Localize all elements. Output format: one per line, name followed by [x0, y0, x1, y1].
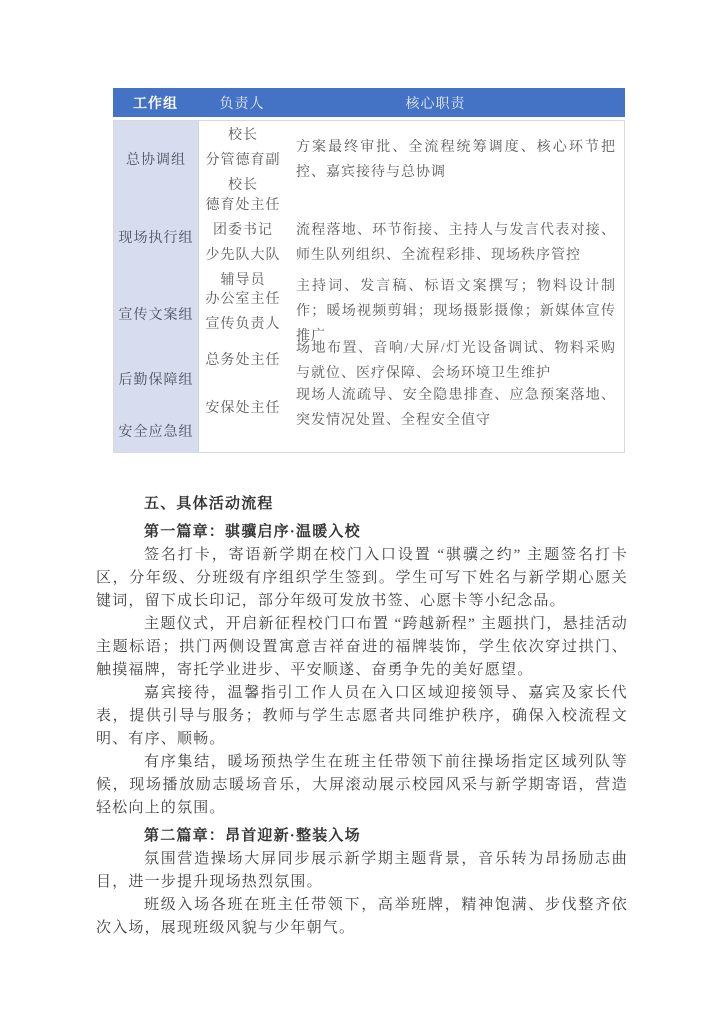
person-cell: 办公室主任 宣传负责人 — [199, 286, 287, 337]
duties-text: 现场人流疏导、安全隐患排查、应急预案落地、突发情况处置、全程安全值守 — [296, 383, 616, 433]
table-row: 安保处主任 现场人流疏导、安全隐患排查、应急预案落地、突发情况处置、全程安全值守 — [199, 384, 624, 432]
work-group-table: 工作组 负责人 核心职责 总协调组 现场执行组 宣传文案组 后勤保障组 安全应急… — [113, 88, 625, 453]
document-page: 工作组 负责人 核心职责 总协调组 现场执行组 宣传文案组 后勤保障组 安全应急… — [0, 0, 724, 1024]
person-cell: 安保处主任 — [199, 384, 287, 432]
group-label: 宣传文案组 — [114, 278, 198, 350]
chapter1-title: 第一篇章：骐骥启序·温暖入校 — [96, 521, 628, 544]
table-row: 办公室主任 宣传负责人 主持词、发言稿、标语文案撰写；物料设计制作；暖场视频剪辑… — [199, 286, 624, 337]
section-heading: 五、具体活动流程 — [96, 493, 628, 516]
table-row: 德育处主任 团委书记 少先队大队 辅导员 流程落地、环节衔接、主持人与发言代表对… — [199, 199, 624, 286]
chapter2-title: 第二篇章：昂首迎新·整装入场 — [96, 825, 628, 848]
table-row: 总务处主任 场地布置、音响/大屏/灯光设备调试、物料采购与就位、医疗保障、会场环… — [199, 337, 624, 384]
table-row: 校长 分管德育副 校长 方案最终审批、全流程统筹调度、核心环节把控、嘉宾接待与总… — [199, 121, 624, 199]
person-cell: 总务处主任 — [199, 337, 287, 384]
chapter1-paragraph: 有序集结，暖场预热学生在班主任带领下前往操场指定区域列队等候，现场播放励志暖场音… — [96, 751, 628, 820]
activity-flow-section: 五、具体活动流程 第一篇章：骐骥启序·温暖入校 签名打卡，寄语新学期在校门入口设… — [96, 493, 628, 940]
duties-text: 流程落地、环节衔接、主持人与发言代表对接、师生队列组织、全流程彩排、现场秩序管控 — [296, 218, 616, 268]
table-body: 总协调组 现场执行组 宣传文案组 后勤保障组 安全应急组 校长 分管德育副 校长… — [113, 120, 625, 453]
chapter2-paragraph: 氛围营造操场大屏同步展示新学期主题背景，音乐转为昂扬励志曲目，进一步提升现场热烈… — [96, 848, 628, 894]
table-rows: 校长 分管德育副 校长 方案最终审批、全流程统筹调度、核心环节把控、嘉宾接待与总… — [199, 121, 624, 452]
table-header-group: 工作组 — [113, 93, 198, 113]
chapter1-paragraph: 主题仪式，开启新征程校门口布置 “跨越新程” 主题拱门，悬挂活动主题标语；拱门两… — [96, 613, 628, 682]
duties-text: 方案最终审批、全流程统筹调度、核心环节把控、嘉宾接待与总协调 — [296, 135, 616, 185]
person-cell: 德育处主任 团委书记 少先队大队 辅导员 — [199, 199, 287, 286]
chapter1-paragraph: 签名打卡，寄语新学期在校门入口设置 “骐骥之约” 主题签名打卡区，分年级、分班级… — [96, 544, 628, 613]
duties-text: 场地布置、音响/大屏/灯光设备调试、物料采购与就位、医疗保障、会场环境卫生维护 — [296, 336, 616, 386]
group-column: 总协调组 现场执行组 宣传文案组 后勤保障组 安全应急组 — [114, 121, 199, 452]
chapter2-paragraph: 班级入场各班在班主任带领下，高举班牌，精神饱满、步伐整齐依次入场，展现班级风貌与… — [96, 894, 628, 940]
table-header-person: 负责人 — [198, 93, 286, 113]
duties-cell: 场地布置、音响/大屏/灯光设备调试、物料采购与就位、医疗保障、会场环境卫生维护 — [287, 337, 624, 384]
chapter1-paragraph: 嘉宾接待，温馨指引工作人员在入口区域迎接领导、嘉宾及家长代表，提供引导与服务；教… — [96, 682, 628, 751]
duties-cell: 方案最终审批、全流程统筹调度、核心环节把控、嘉宾接待与总协调 — [287, 121, 624, 199]
duties-cell: 现场人流疏导、安全隐患排查、应急预案落地、突发情况处置、全程安全值守 — [287, 384, 624, 432]
person-cell: 校长 分管德育副 校长 — [199, 121, 287, 199]
group-label: 后勤保障组 — [114, 350, 198, 410]
duties-cell: 主持词、发言稿、标语文案撰写；物料设计制作；暖场视频剪辑；现场摄影摄像；新媒体宣… — [287, 286, 624, 337]
table-header-duties: 核心职责 — [286, 93, 625, 113]
duties-cell: 流程落地、环节衔接、主持人与发言代表对接、师生队列组织、全流程彩排、现场秩序管控 — [287, 199, 624, 286]
group-label: 总协调组 — [114, 121, 198, 197]
group-label: 安全应急组 — [114, 409, 198, 452]
group-label: 现场执行组 — [114, 197, 198, 279]
table-header-row: 工作组 负责人 核心职责 — [113, 88, 625, 117]
